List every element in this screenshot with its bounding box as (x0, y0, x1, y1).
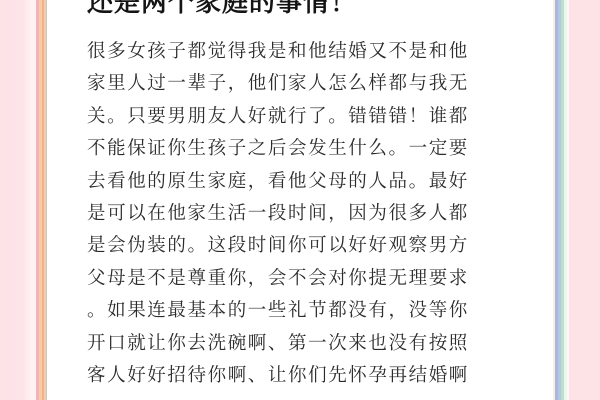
right-border-stripe (567, 0, 569, 400)
image-page: 还是两个家庭的事情！ 很多女孩子都觉得我是和他结婚又不是和他 家里人过一辈子，他… (0, 0, 600, 400)
article-body: 很多女孩子都觉得我是和他结婚又不是和他 家里人过一辈子，他们家人怎么样都与我无 … (87, 36, 527, 392)
body-line: 。如果连最基本的一些礼节都没有，没等你 (87, 295, 527, 327)
body-line: 开口就让你去洗碗啊、第一次来也没有按照 (87, 328, 527, 360)
article-title: 还是两个家庭的事情！ (87, 0, 357, 20)
body-line: 客人好好招待你啊、让你们先怀孕再结婚啊 (87, 360, 527, 392)
body-line: 不能保证你生孩子之后会发生什么。一定要 (87, 133, 527, 165)
body-line: 去看他的原生家庭，看他父母的人品。最好 (87, 166, 527, 198)
body-line: 父母是不是尊重你，会不会对你提无理要求 (87, 263, 527, 295)
body-line: 家里人过一辈子，他们家人怎么样都与我无 (87, 68, 527, 100)
body-line: 很多女孩子都觉得我是和他结婚又不是和他 (87, 36, 527, 68)
body-line: 是会伪装的。这段时间你可以好好观察男方 (87, 230, 527, 262)
body-line: 是可以在他家生活一段时间，因为很多人都 (87, 198, 527, 230)
background-left (0, 0, 33, 400)
body-line: 关。只要男朋友人好就行了。错错错！谁都 (87, 101, 527, 133)
